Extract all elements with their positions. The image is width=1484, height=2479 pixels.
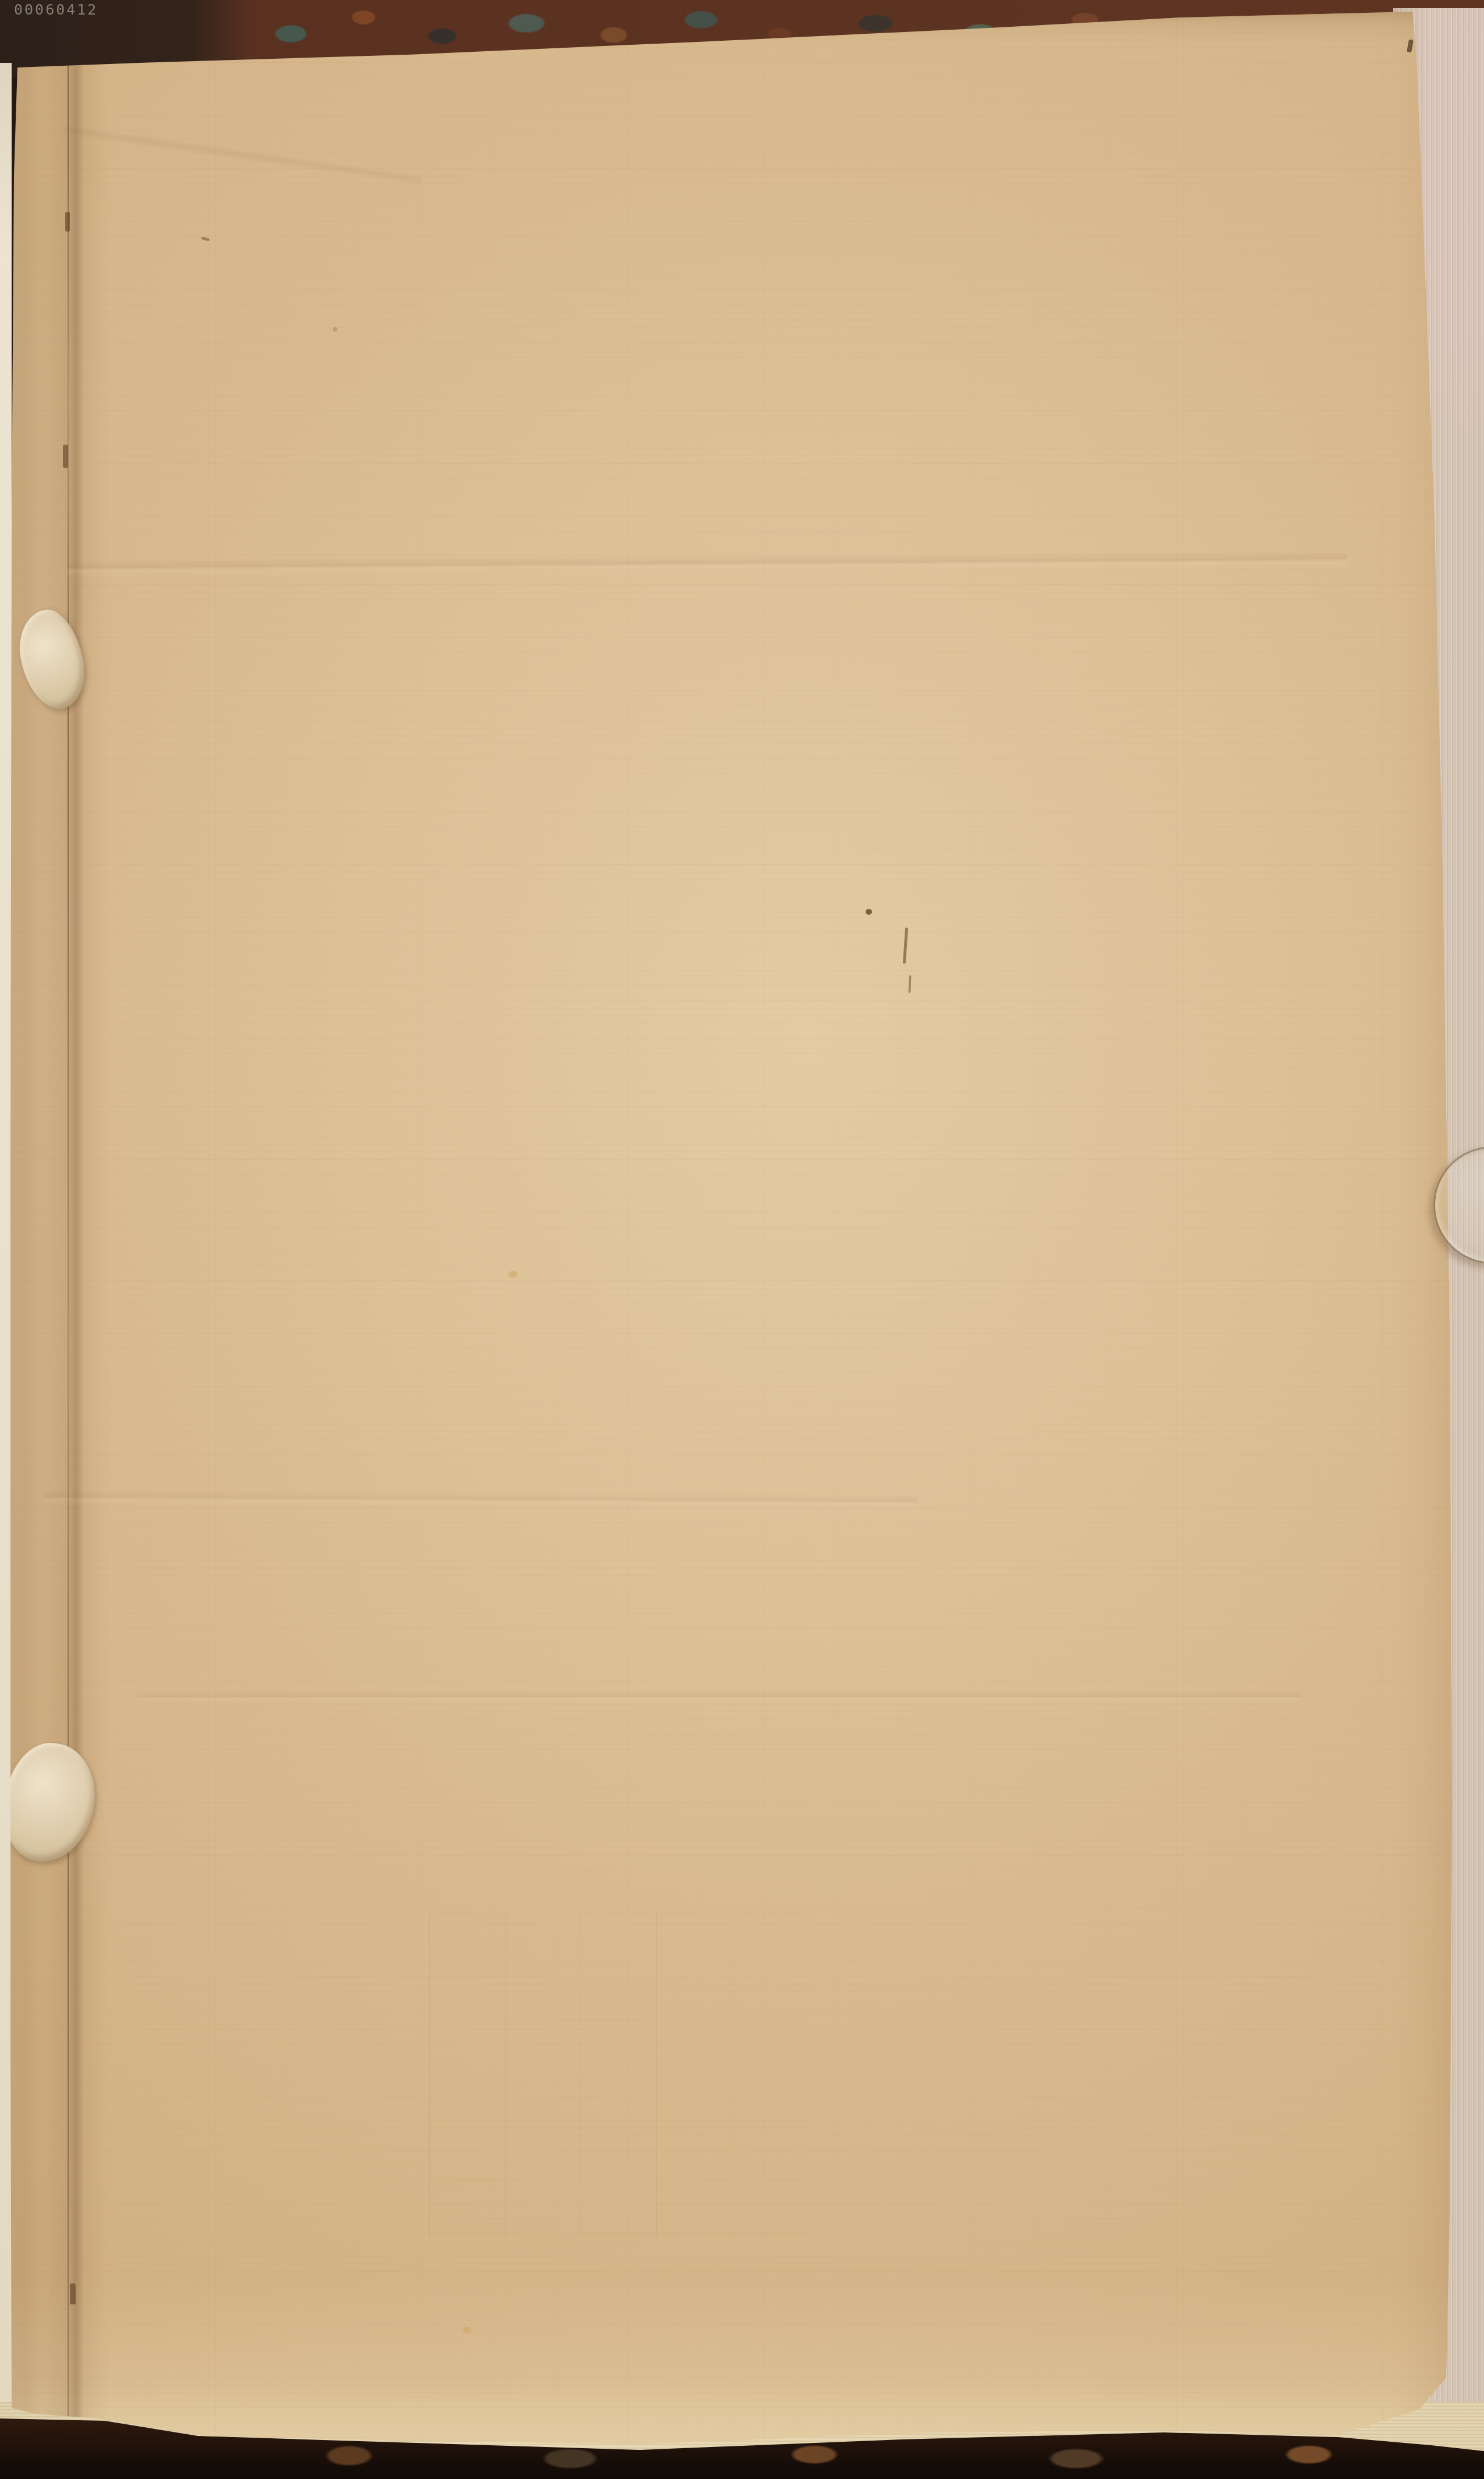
paper-crease <box>137 1690 1301 1704</box>
show-through-table-grid <box>429 1912 807 2238</box>
paper-speck <box>201 236 210 241</box>
book-scan: 00060412 <box>0 0 1484 2479</box>
gutter-shadow <box>40 9 109 2453</box>
blank-book-page <box>9 9 1458 2453</box>
paper-speck <box>333 327 337 332</box>
foxing-stain <box>463 2327 471 2334</box>
paper-crease <box>67 551 1347 577</box>
paper-speck <box>1407 39 1414 52</box>
gutter-crease-line <box>67 9 69 2453</box>
paper-scratch <box>903 928 908 964</box>
left-page-edge-strip <box>0 63 12 2420</box>
paper-crease <box>63 124 422 186</box>
gutter-nick <box>65 212 70 232</box>
gutter-nick <box>63 445 68 468</box>
paper-crease <box>44 1490 917 1510</box>
archive-id-label: 00060412 <box>14 1 98 18</box>
gutter-nick <box>70 2283 76 2304</box>
foxing-stain <box>508 1271 518 1278</box>
paper-scratch <box>908 975 911 993</box>
paper-speck <box>866 909 872 915</box>
